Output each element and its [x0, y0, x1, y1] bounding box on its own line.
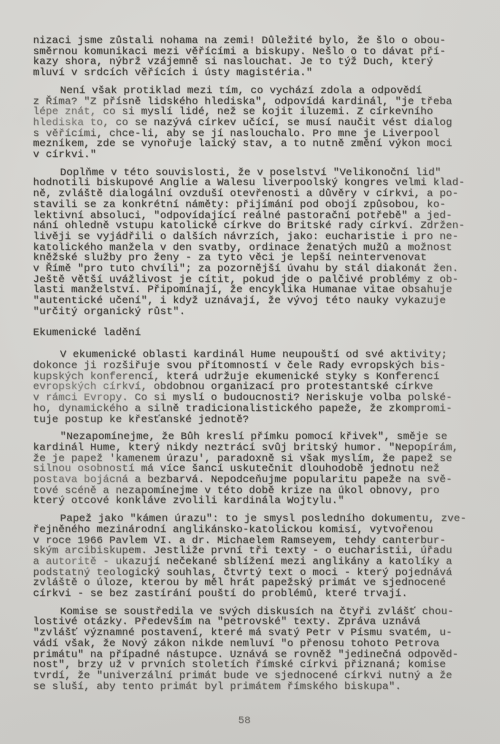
paragraph: Papež jako "kámen úrazu": to je smysl po… [33, 514, 480, 600]
paragraph: Není však protiklad mezi tím, co vychází… [33, 86, 480, 161]
page-number: 58 [238, 716, 251, 727]
text-blocks: nizaci jsme zůstali nohama na zemi! Důle… [33, 36, 480, 699]
section-heading: Ekumenické ladění [33, 328, 480, 339]
document-page: nizaci jsme zůstali nohama na zemi! Důle… [0, 0, 500, 744]
paragraph: Doplňme v této souvislosti, že v poselst… [33, 168, 480, 318]
paragraph: V ekumenické oblasti kardinál Hume neupo… [33, 350, 480, 425]
paragraph: "Nezapomínejme, že Bůh kreslí přímku pom… [33, 432, 480, 507]
paragraph: Komise se soustředila ve svých diskusích… [33, 607, 480, 693]
paragraph: nizaci jsme zůstali nohama na zemi! Důle… [33, 36, 480, 79]
